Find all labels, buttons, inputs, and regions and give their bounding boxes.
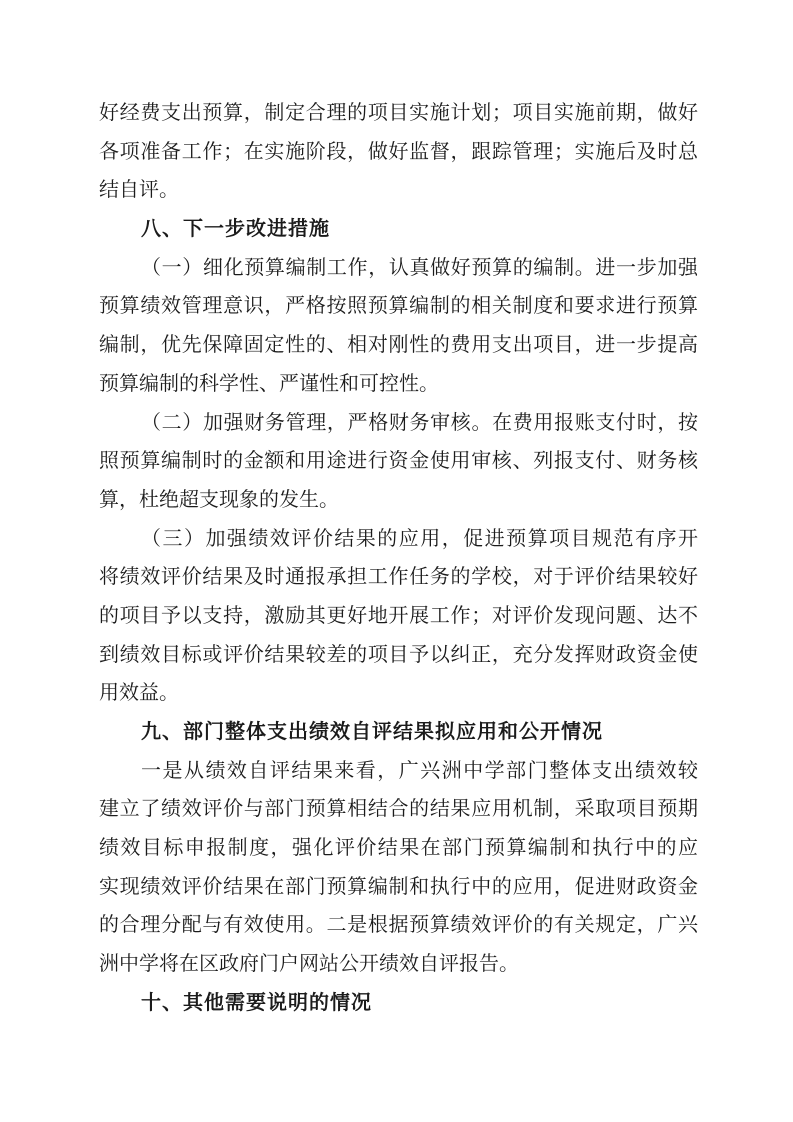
body-text-line: 好经费支出预算，制定合理的项目实施计划；项目实施前期，做好: [99, 94, 698, 133]
body-text-line: 编制，优先保障固定性的、相对刚性的费用支出项目，进一步提高: [99, 326, 698, 365]
body-text-line: 用效益。: [99, 674, 698, 713]
body-text-line: 到绩效目标或评价结果较差的项目予以纠正，充分发挥财政资金使: [99, 636, 698, 675]
body-text-line: 各项准备工作；在实施阶段，做好监督，跟踪管理；实施后及时总: [99, 133, 698, 172]
body-text-line: （一）细化预算编制工作，认真做好预算的编制。进一步加强: [99, 249, 698, 288]
body-text-line: 预算绩效管理意识，严格按照预算编制的相关制度和要求进行预算: [99, 287, 698, 326]
body-text-line: 一是从绩效自评结果来看，广兴洲中学部门整体支出绩效较好，: [99, 752, 698, 791]
body-text-line: 结自评。: [99, 171, 698, 210]
body-text-line: 洲中学将在区政府门户网站公开绩效自评报告。: [99, 945, 698, 984]
text-column: 好经费支出预算，制定合理的项目实施计划；项目实施前期，做好各项准备工作；在实施阶…: [99, 94, 698, 1023]
body-text-line: 预算编制的科学性、严谨性和可控性。: [99, 365, 698, 404]
body-text-line: 照预算编制时的金额和用途进行资金使用审核、列报支付、财务核: [99, 442, 698, 481]
body-text-line: 算，杜绝超支现象的发生。: [99, 481, 698, 520]
body-text-line: 的合理分配与有效使用。二是根据预算绩效评价的有关规定，广兴: [99, 906, 698, 945]
body-text-line: （三）加强绩效评价结果的应用，促进预算项目规范有序开展。: [99, 520, 698, 559]
body-text-line: （二）加强财务管理，严格财务审核。在费用报账支付时，按: [99, 404, 698, 443]
body-text-line: 绩效目标申报制度，强化评价结果在部门预算编制和执行中的应用，: [99, 829, 698, 868]
document-page: 好经费支出预算，制定合理的项目实施计划；项目实施前期，做好各项准备工作；在实施阶…: [0, 0, 793, 1122]
section-heading: 十、其他需要说明的情况: [99, 984, 698, 1023]
body-text-line: 将绩效评价结果及时通报承担工作任务的学校，对于评价结果较好: [99, 558, 698, 597]
body-text-line: 实现绩效评价结果在部门预算编制和执行中的应用，促进财政资金: [99, 868, 698, 907]
body-text-line: 建立了绩效评价与部门预算相结合的结果应用机制，采取项目预期: [99, 790, 698, 829]
body-text-line: 的项目予以支持，激励其更好地开展工作；对评价发现问题、达不: [99, 597, 698, 636]
section-heading: 八、下一步改进措施: [99, 210, 698, 249]
section-heading: 九、部门整体支出绩效自评结果拟应用和公开情况: [99, 713, 698, 752]
